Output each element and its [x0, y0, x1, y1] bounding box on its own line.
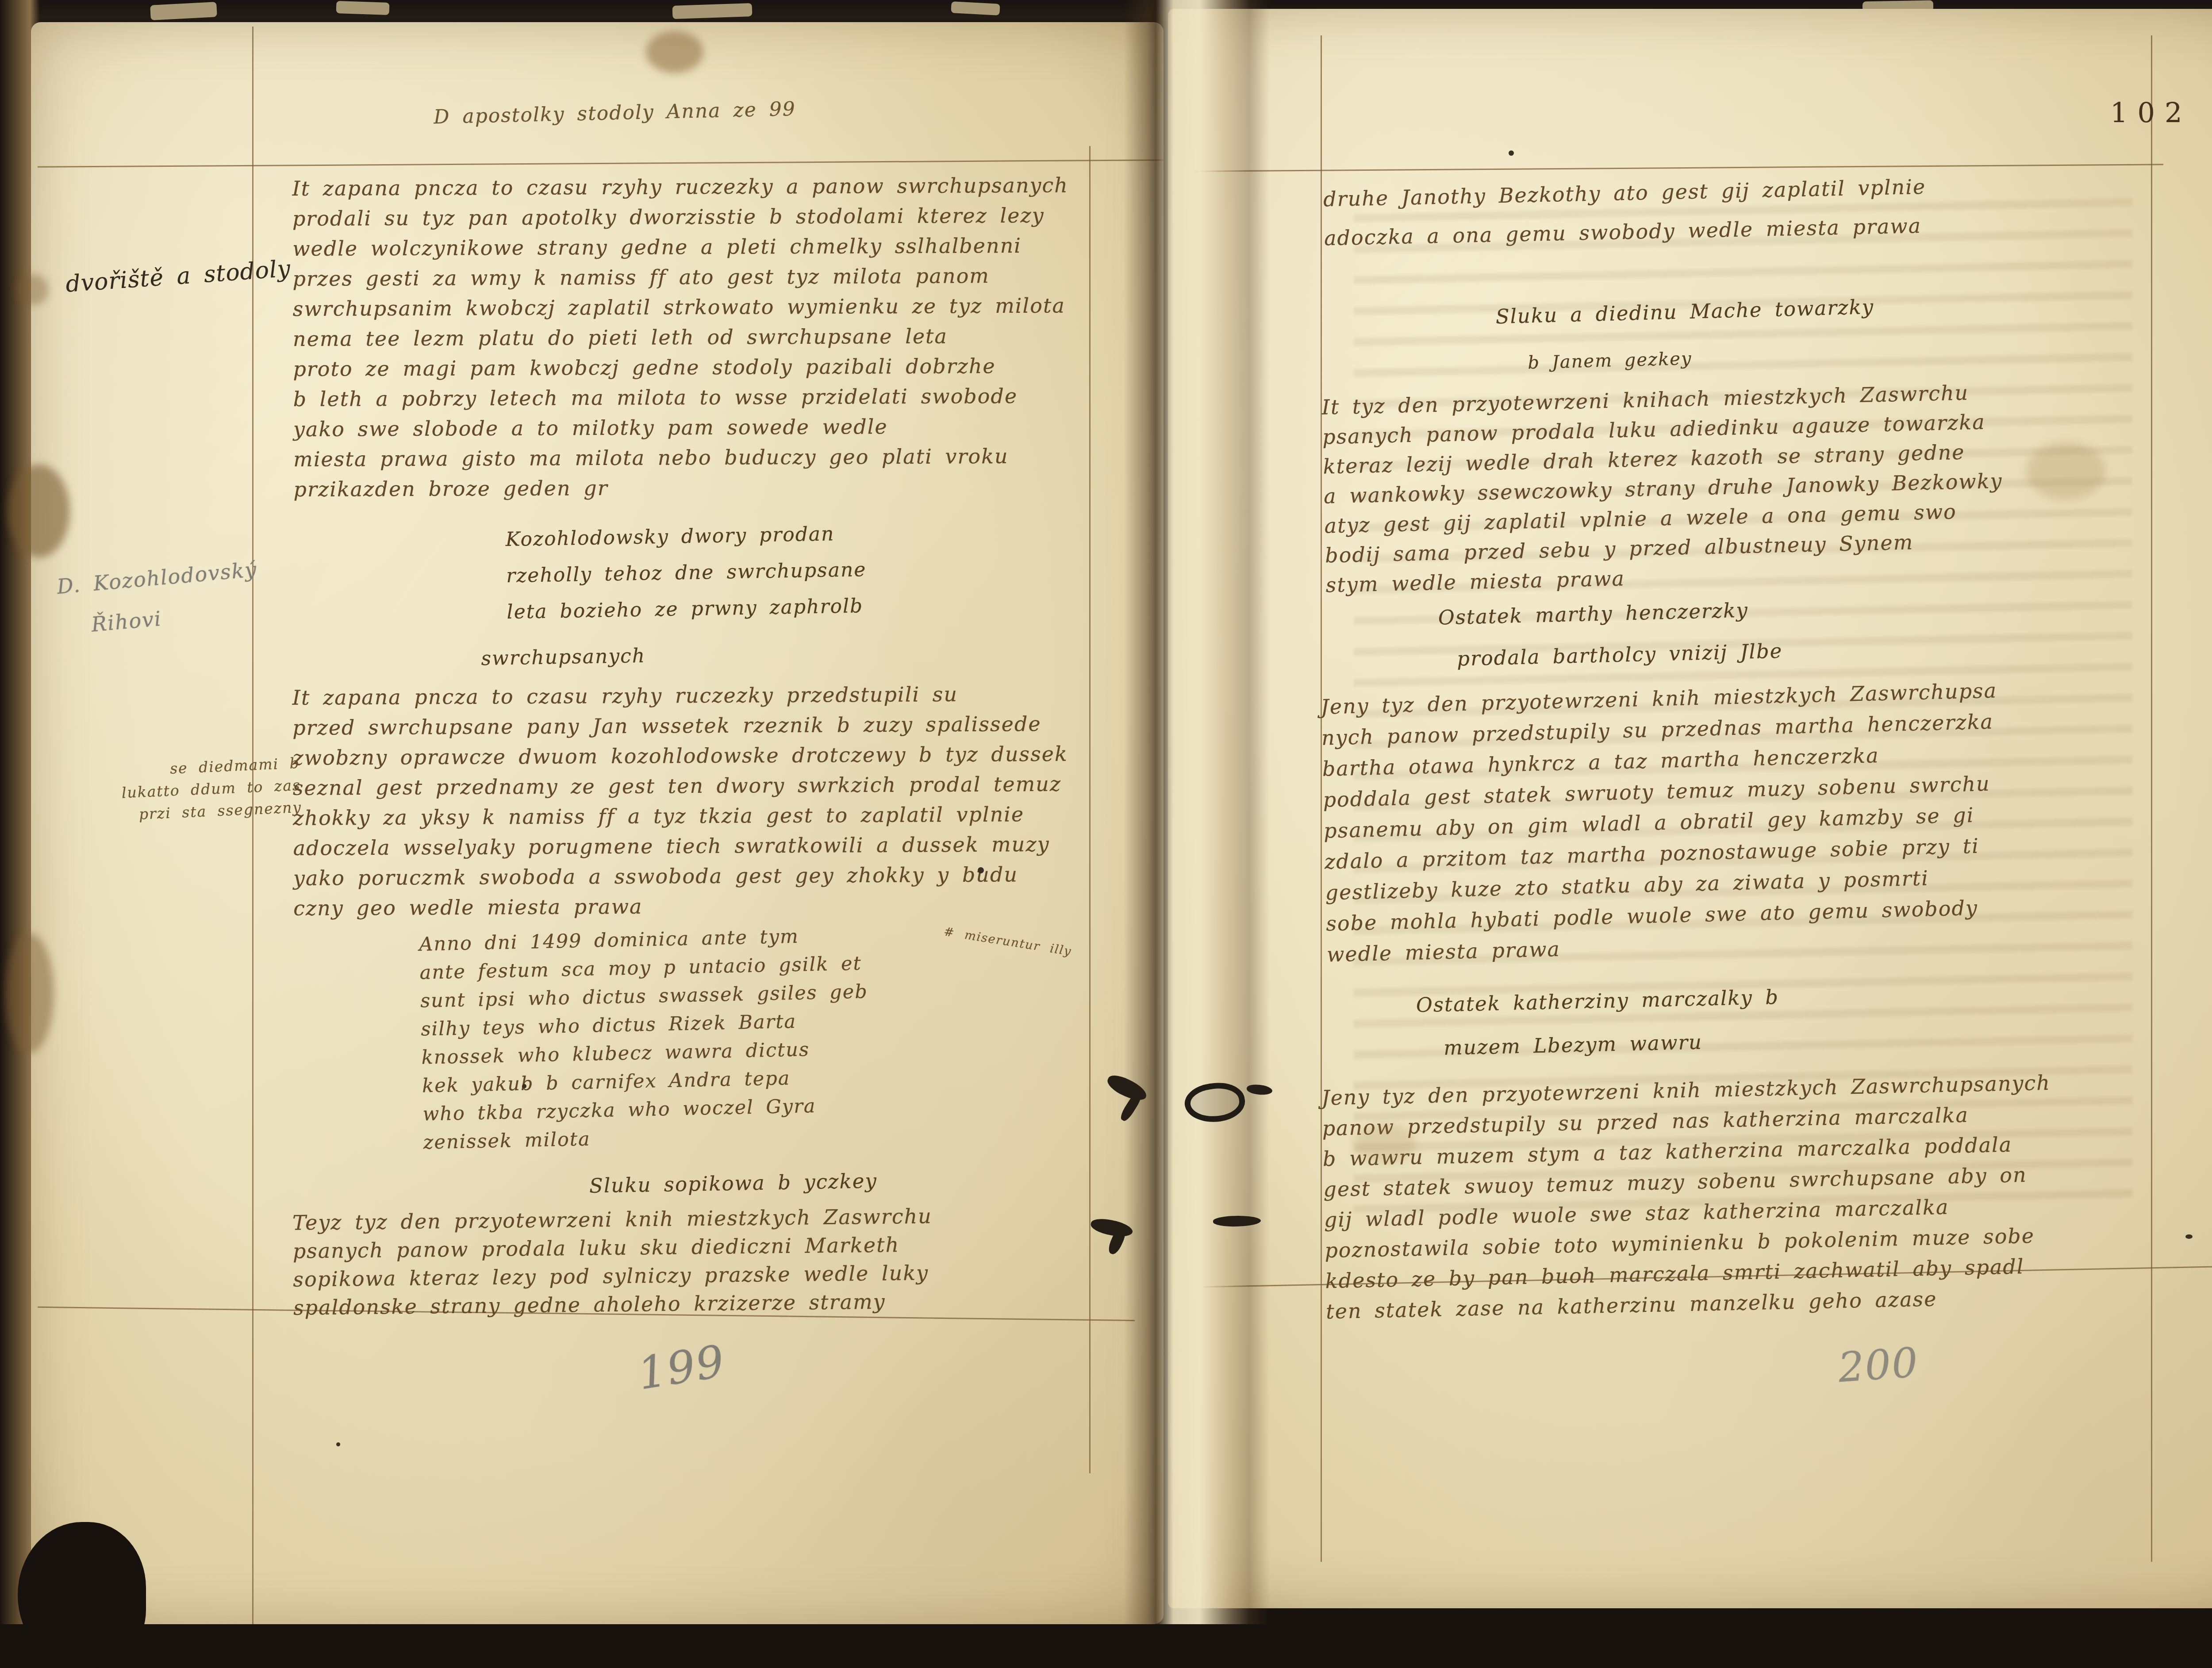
text-block-anno-domini-1499: Anno dni 1499 dominica ante tymante fest…	[419, 921, 871, 1157]
text-line: seznal gest przednamy ze gest ten dwory …	[293, 769, 1107, 803]
paper-speck	[522, 1084, 526, 1088]
text-paragraph-marthy: Jeny tyz den przyotewrzeni knih miestzky…	[1321, 675, 2004, 970]
text-line: It zapana pncza to czasu rzyhy ruczezky …	[292, 170, 1106, 204]
text-line: swrchupsanych	[481, 634, 868, 677]
paper-speck	[978, 867, 984, 873]
pencil-page-number-right: 200	[1836, 1339, 1920, 1391]
paper-stain	[18, 274, 49, 305]
text-paragraph-dwory: It zapana pncza to czasu rzyhy ruczezky …	[292, 678, 1108, 923]
text-paragraph-dvoriste: It zapana pncza to czasu rzyhy ruczezky …	[292, 170, 1107, 504]
text-line: muzem Lbezym wawru	[1417, 1019, 1780, 1071]
margin-note-small-ink: se diedmami blukatto ddum to zasprzi sta…	[92, 752, 302, 827]
text-line: It zapana pncza to czasu rzyhy ruczezky …	[292, 678, 1106, 713]
torn-page-corner	[18, 1522, 146, 1624]
text-line: Sluku a diedinu Mache towarzky	[1495, 284, 1874, 340]
margin-note-dark-ink: dvořiště a stodoly	[65, 255, 292, 297]
paper-stain	[2026, 442, 2106, 500]
text-line: przed swrchupsane pany Jan wssetek rzezn…	[292, 708, 1106, 743]
ruled-line-top	[1194, 164, 2163, 172]
page-header-title: D apostolky stodoly Anna ze 99	[434, 98, 796, 129]
text-paragraph-katherziny: Jeny tyz den przyotewrzeni knih miestzky…	[1321, 1068, 2055, 1327]
paper-stain	[8, 465, 70, 557]
margin-note-pencil: D. KozohlodovskýŘihovi	[55, 549, 262, 648]
paper-speck	[1509, 150, 1514, 156]
text-line: miesta prawa gisto ma milota nebo buducz…	[293, 441, 1107, 474]
entry-heading-marthy: Ostatek marthy henczerzkyprodala barthol…	[1438, 589, 1783, 680]
paper-stain	[1354, 1124, 1416, 1164]
ruled-line-top	[38, 159, 1164, 168]
text-line: swrchupsanim kwobczj zaplatil strkowato …	[293, 290, 1107, 324]
manuscript-photo: D apostolky stodoly Anna ze 99 dvořiště …	[0, 0, 2212, 1624]
text-line: prodali su tyz pan apotolky dworzisstie …	[292, 200, 1106, 234]
text-line: Kozohlodowsky dwory prodan	[505, 515, 866, 558]
ruled-line-right-margin	[2151, 35, 2152, 1562]
text-line: zhokky za yksy k namiss ff a tyz tkzia g…	[293, 799, 1107, 833]
text-line: yako poruczmk swoboda a sswoboda gest ge…	[293, 859, 1107, 893]
text-line: prodala bartholcy vnizij Jlbe	[1439, 630, 1783, 680]
text-line: czny geo wedle miesta prawa	[293, 889, 1107, 923]
text-line: b Janem gezkey	[1496, 331, 1876, 387]
ruled-line-left-margin	[1321, 35, 1322, 1562]
left-page: D apostolky stodoly Anna ze 99 dvořiště …	[31, 22, 1164, 1624]
paper-stain	[646, 31, 703, 73]
entry-heading-sopikova: Sluku sopikowa b yczkey	[589, 1169, 878, 1197]
paper-speck	[2185, 1234, 2193, 1239]
text-line: b leth a pobrzy letech ma milota to wsse…	[293, 380, 1107, 414]
text-paragraph-sopikova: Teyz tyz den przyotewrzeni knih miestzky…	[292, 1200, 1108, 1322]
text-line: Ostatek katherziny marczalky b	[1416, 976, 1779, 1027]
text-line: przes gesti za wmy k namiss ff ato gest …	[292, 260, 1106, 294]
text-paragraph-janothy: druhe Janothy Bezkothy ato gest gij zapl…	[1323, 167, 1927, 258]
pencil-page-number-left: 199	[634, 1335, 729, 1399]
text-line: przikazden broze geden gr	[293, 471, 1107, 504]
book-gutter	[1124, 0, 1270, 1624]
text-line: nema tee lezm platu do pieti leth od swr…	[293, 320, 1107, 354]
entry-heading-katherziny: Ostatek katherziny marczalky bmuzem Lbez…	[1416, 976, 1780, 1071]
text-line: rzeholly tehoz dne swrchupsane	[506, 552, 867, 594]
text-line: zwobzny oprawcze dwuom kozohlodowske dro…	[292, 738, 1106, 773]
torn-paper-fragment	[336, 1, 390, 15]
text-line: adoczela wsselyaky porugmene tiech swrat…	[293, 829, 1107, 863]
paper-stain	[5, 934, 54, 1053]
text-line: leta bozieho ze prwny zaphrolb	[507, 588, 868, 630]
text-paragraph-towarzka: It tyz den przyotewrzeni knihach miestzk…	[1321, 377, 2005, 600]
entry-heading-luka-towarzky: Sluku a diedinu Mache towarzkyb Janem ge…	[1495, 284, 1876, 387]
text-line: proto ze magi pam kwobczj gedne stodoly …	[293, 350, 1107, 384]
entry-heading-kozohlodowsky: Kozohlodowsky dwory prodanrzeholly tehoz…	[505, 515, 868, 676]
torn-paper-fragment	[672, 3, 753, 19]
interlinear-side-note: # miseruntur illy	[943, 924, 1073, 959]
folio-number: 102	[2110, 96, 2192, 129]
right-page: 102 druhe Janothy Bezkothy ato gest gij …	[1168, 9, 2212, 1608]
text-line: yako swe slobode a to milotky pam sowede…	[293, 411, 1107, 444]
paper-speck	[336, 1442, 340, 1446]
text-line: wedle wolczynikowe strany gedne a pleti …	[292, 230, 1106, 264]
